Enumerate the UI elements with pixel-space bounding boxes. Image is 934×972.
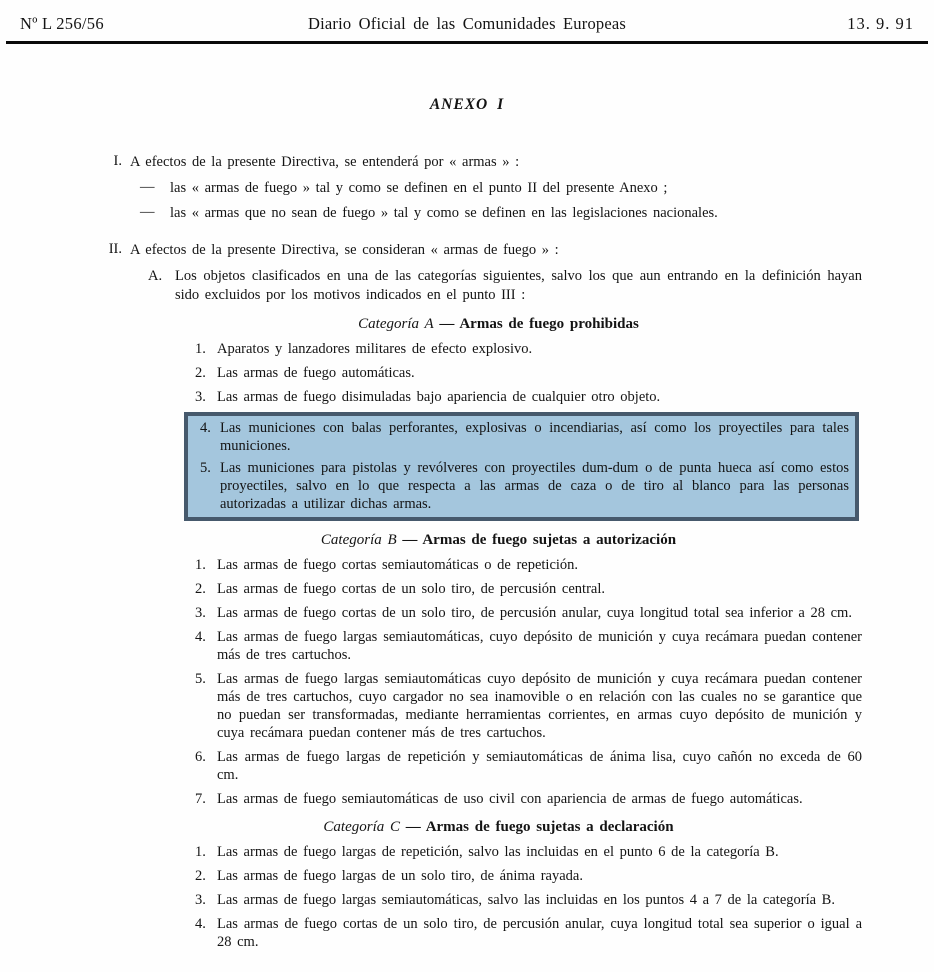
item-number: 3. bbox=[195, 604, 206, 622]
item-number: 3. bbox=[195, 891, 206, 909]
section-ii-numeral: II. bbox=[92, 240, 122, 258]
dash-item: — las « armas que no sean de fuego » tal… bbox=[130, 204, 862, 222]
list-item: 1. Las armas de fuego largas de repetici… bbox=[175, 843, 862, 861]
list-item: 6. Las armas de fuego largas de repetici… bbox=[175, 748, 862, 784]
item-number: 4. bbox=[195, 628, 206, 646]
item-text: Las armas de fuego largas de un solo tir… bbox=[217, 867, 862, 885]
category-a-label: Categoría A bbox=[358, 316, 433, 332]
item-number: 1. bbox=[195, 340, 206, 358]
page-header: Nº L 256/56 Diario Oficial de las Comuni… bbox=[6, 0, 928, 44]
category-c-heading: Categoría C — Armas de fuego sujetas a d… bbox=[175, 817, 862, 837]
item-number: 2. bbox=[195, 364, 206, 382]
item-text: Las armas de fuego cortas de un solo tir… bbox=[217, 604, 862, 622]
item-text: Las armas de fuego largas de repetición … bbox=[217, 748, 862, 784]
list-item: 3. Las armas de fuego disimuladas bajo a… bbox=[175, 388, 862, 406]
category-c-list: 1. Las armas de fuego largas de repetici… bbox=[175, 843, 862, 951]
item-number: 4. bbox=[195, 915, 206, 933]
item-text: Las armas de fuego largas de repetición,… bbox=[217, 843, 862, 861]
item-text: Aparatos y lanzadores militares de efect… bbox=[217, 340, 862, 358]
list-item: 3. Las armas de fuego largas semiautomát… bbox=[175, 891, 862, 909]
section-ii: II. A efectos de la presente Directiva, … bbox=[92, 240, 862, 951]
category-b-title: — Armas de fuego sujetas a autorización bbox=[402, 532, 676, 548]
annex-title: ANEXO I bbox=[0, 96, 934, 114]
item-number: 6. bbox=[195, 748, 206, 766]
header-date: 13. 9. 91 bbox=[714, 14, 914, 34]
dash-item: — las « armas de fuego » tal y como se d… bbox=[130, 179, 862, 197]
item-number: 5. bbox=[200, 459, 211, 477]
item-number: 2. bbox=[195, 580, 206, 598]
item-number: 7. bbox=[195, 790, 206, 808]
item-text: Las municiones con balas perforantes, ex… bbox=[220, 419, 849, 455]
item-number: 1. bbox=[195, 843, 206, 861]
item-text: Las armas de fuego largas semiautomática… bbox=[217, 628, 862, 664]
section-i: I. A efectos de la presente Directiva, s… bbox=[92, 152, 862, 222]
list-item: 4. Las armas de fuego cortas de un solo … bbox=[175, 915, 862, 951]
list-item: 3. Las armas de fuego cortas de un solo … bbox=[175, 604, 862, 622]
section-ii-intro: A efectos de la presente Directiva, se c… bbox=[130, 240, 862, 260]
item-text: Las armas de fuego semiautomáticas de us… bbox=[217, 790, 862, 808]
category-c-title: — Armas de fuego sujetas a declaración bbox=[406, 819, 674, 835]
item-number: 2. bbox=[195, 867, 206, 885]
category-c-label: Categoría C bbox=[323, 819, 400, 835]
subsection-a: A. Los objetos clasificados en una de la… bbox=[130, 267, 862, 951]
list-item: 5. Las armas de fuego largas semiautomát… bbox=[175, 670, 862, 742]
category-a-list: 1. Aparatos y lanzadores militares de ef… bbox=[175, 340, 862, 521]
item-number: 3. bbox=[195, 388, 206, 406]
item-text: Las armas de fuego cortas semiautomática… bbox=[217, 556, 862, 574]
item-text: Las armas de fuego largas semiautomática… bbox=[217, 670, 862, 742]
subsection-a-text: Los objetos clasificados en una de las c… bbox=[175, 267, 862, 305]
list-item-highlighted: 4. Las municiones con balas perforantes,… bbox=[188, 419, 849, 455]
highlight-annotation-box: 4. Las municiones con balas perforantes,… bbox=[184, 412, 859, 521]
item-number: 1. bbox=[195, 556, 206, 574]
dash-item-text: las « armas que no sean de fuego » tal y… bbox=[170, 205, 718, 221]
category-a-heading: Categoría A — Armas de fuego prohibidas bbox=[175, 314, 862, 334]
section-i-intro: A efectos de la presente Directiva, se e… bbox=[130, 152, 862, 172]
item-text: Las armas de fuego automáticas. bbox=[217, 364, 862, 382]
document-body: I. A efectos de la presente Directiva, s… bbox=[92, 152, 862, 951]
category-a-title: — Armas de fuego prohibidas bbox=[439, 316, 638, 332]
item-number: 5. bbox=[195, 670, 206, 688]
item-text: Las armas de fuego cortas de un solo tir… bbox=[217, 580, 862, 598]
list-item: 2. Las armas de fuego largas de un solo … bbox=[175, 867, 862, 885]
dash-bullet: — bbox=[140, 178, 155, 196]
list-item: 7. Las armas de fuego semiautomáticas de… bbox=[175, 790, 862, 808]
dash-bullet: — bbox=[140, 203, 155, 221]
item-number: 4. bbox=[200, 419, 211, 437]
list-item: 2. Las armas de fuego cortas de un solo … bbox=[175, 580, 862, 598]
section-i-numeral: I. bbox=[92, 152, 122, 170]
list-item: 1. Aparatos y lanzadores militares de ef… bbox=[175, 340, 862, 358]
list-item-highlighted: 5. Las municiones para pistolas y revólv… bbox=[188, 459, 849, 513]
category-b-heading: Categoría B — Armas de fuego sujetas a a… bbox=[175, 530, 862, 550]
category-b-label: Categoría B bbox=[321, 532, 397, 548]
item-text: Las armas de fuego largas semiautomática… bbox=[217, 891, 862, 909]
list-item: 4. Las armas de fuego largas semiautomát… bbox=[175, 628, 862, 664]
list-item: 1. Las armas de fuego cortas semiautomát… bbox=[175, 556, 862, 574]
dash-item-text: las « armas de fuego » tal y como se def… bbox=[170, 180, 667, 196]
category-b-list: 1. Las armas de fuego cortas semiautomát… bbox=[175, 556, 862, 808]
item-text: Las armas de fuego disimuladas bajo apar… bbox=[217, 388, 862, 406]
subsection-a-letter: A. bbox=[148, 267, 162, 285]
header-journal-title: Diario Oficial de las Comunidades Europe… bbox=[220, 14, 714, 34]
item-text: Las armas de fuego cortas de un solo tir… bbox=[217, 915, 862, 951]
item-text: Las municiones para pistolas y revólvere… bbox=[220, 459, 849, 513]
header-issue-number: Nº L 256/56 bbox=[20, 14, 220, 34]
list-item: 2. Las armas de fuego automáticas. bbox=[175, 364, 862, 382]
